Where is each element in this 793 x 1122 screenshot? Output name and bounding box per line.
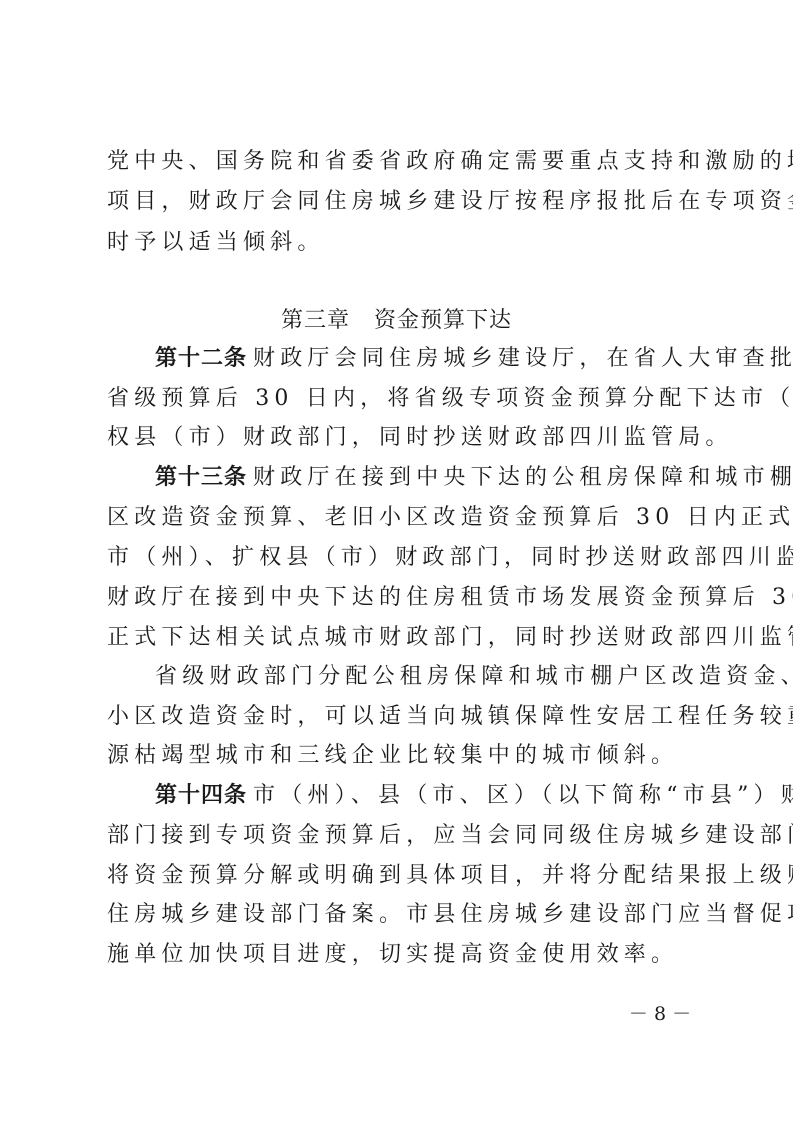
chapter-title: 资金预算下达 — [374, 308, 512, 333]
article-label: 第十四条 — [155, 783, 247, 808]
article-14-line-1: 第十四条市（州）、县（市、区）（以下简称“市县”）财政 — [107, 782, 697, 810]
chapter-number: 第三章 — [281, 308, 350, 333]
text-line: 正式下达相关试点城市财政部门，同时抄送财政部四川监管局。 — [107, 624, 697, 652]
chapter-heading: 第三章资金预算下达 — [0, 307, 793, 335]
text-line: 省级财政部门分配公租房保障和城市棚户区改造资金、老旧 — [107, 663, 697, 691]
article-12-line-1: 第十二条财政厅会同住房城乡建设厅，在省人大审查批准 — [107, 345, 697, 373]
article-label: 第十三条 — [155, 465, 247, 490]
text-line: 部门接到专项资金预算后，应当会同同级住房城乡建设部门及时 — [107, 822, 697, 850]
article-13-line-1: 第十三条财政厅在接到中央下达的公租房保障和城市棚户 — [107, 464, 697, 492]
article-label: 第十二条 — [155, 346, 247, 371]
text-line: 财政厅在接到中央下达的公租房保障和城市棚户 — [253, 465, 793, 490]
text-line: 时予以适当倾斜。 — [107, 229, 697, 257]
text-line: 党中央、国务院和省委省政府确定需要重点支持和激励的地区和 — [107, 148, 697, 176]
text-line: 权县（市）财政部门，同时抄送财政部四川监管局。 — [107, 424, 697, 452]
text-line: 区改造资金预算、老旧小区改造资金预算后 30 日内正式分解下达 — [107, 504, 697, 532]
text-line: 小区改造资金时，可以适当向城镇保障性安居工程任务较重的资 — [107, 703, 697, 731]
text-line: 财政厅在接到中央下达的住房租赁市场发展资金预算后 30 日内 — [107, 584, 697, 612]
text-line: 省级预算后 30 日内，将省级专项资金预算分配下达市（州）、扩 — [107, 385, 697, 413]
text-line: 住房城乡建设部门备案。市县住房城乡建设部门应当督促项目实 — [107, 901, 697, 929]
text-line: 市（州）、县（市、区）（以下简称“市县”）财政 — [253, 783, 793, 808]
text-line: 财政厅会同住房城乡建设厅，在省人大审查批准 — [253, 346, 793, 371]
document-page: 党中央、国务院和省委省政府确定需要重点支持和激励的地区和 项目，财政厅会同住房城… — [0, 0, 793, 1122]
text-line: 将资金预算分解或明确到具体项目，并将分配结果报上级财政、 — [107, 862, 697, 890]
text-line: 市（州）、扩权县（市）财政部门，同时抄送财政部四川监管局； — [107, 544, 697, 572]
page-number: － 8 － — [620, 1002, 700, 1026]
text-line: 项目，财政厅会同住房城乡建设厅按程序报批后在专项资金分配 — [107, 188, 697, 216]
text-line: 施单位加快项目进度，切实提高资金使用效率。 — [107, 941, 697, 969]
text-line: 源枯竭型城市和三线企业比较集中的城市倾斜。 — [107, 742, 697, 770]
